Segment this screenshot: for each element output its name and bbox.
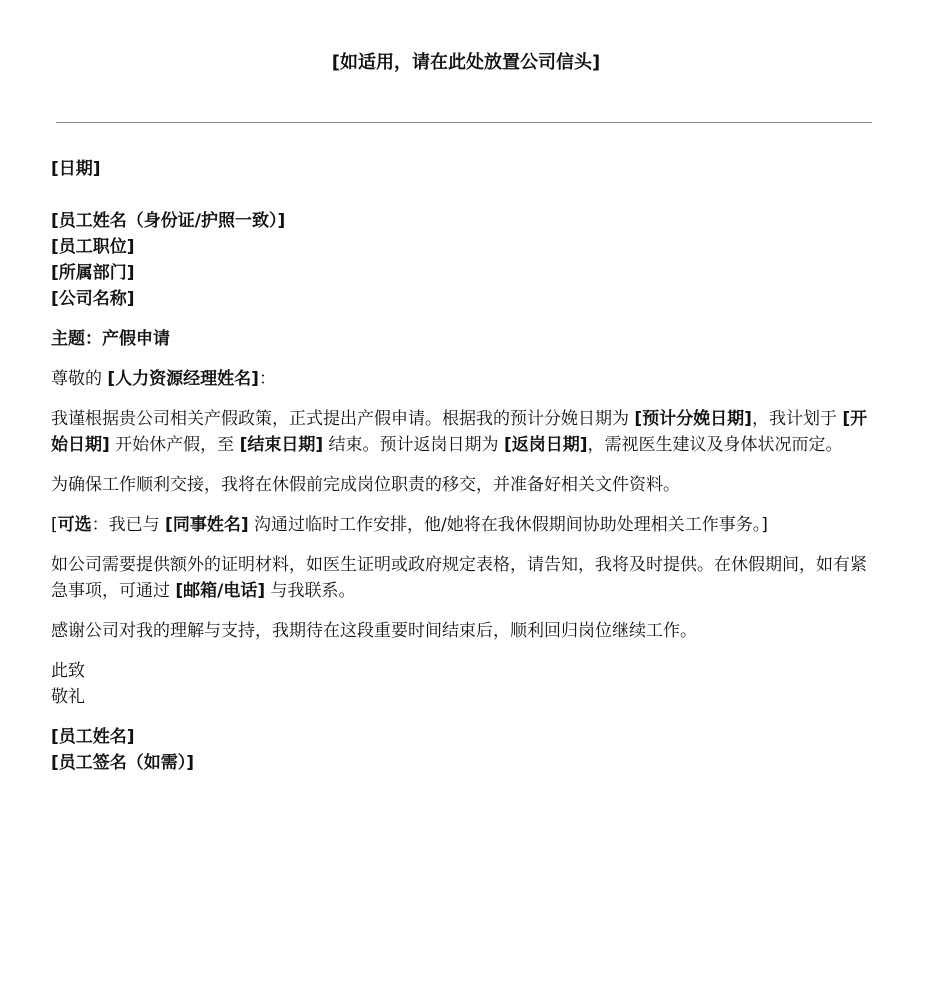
text-segment: 如公司需要提供额外的证明材料，如医生证明或政府规定表格，请告知，我将及时提供。在… xyxy=(51,555,867,601)
paragraph-documents-contact: 如公司需要提供额外的证明材料，如医生证明或政府规定表格，请告知，我将及时提供。在… xyxy=(51,552,881,604)
contact-placeholder: [邮箱/电话] xyxy=(175,581,265,601)
text-segment: 与我联系。 xyxy=(265,581,355,601)
header-divider xyxy=(56,122,872,123)
letter-body: [日期] [员工姓名（身份证/护照一致）] [员工职位] [所属部门] [公司名… xyxy=(51,156,881,790)
text-segment: 我谨根据贵公司相关产假政策，正式提出产假申请。根据我的预计分娩日期为 xyxy=(51,409,634,429)
sender-company: [公司名称] xyxy=(51,286,881,312)
signature-name: [员工姓名] xyxy=(51,724,881,750)
closing-line-1: 此致 xyxy=(51,658,881,684)
salutation: 尊敬的 [人力资源经理姓名]： xyxy=(51,366,881,392)
date-placeholder: [日期] xyxy=(51,159,101,179)
closing-block: 此致 敬礼 xyxy=(51,658,881,710)
return-date-placeholder: [返岗日期] xyxy=(504,435,588,455)
sender-department: [所属部门] xyxy=(51,260,881,286)
text-segment: 开始休产假，至 xyxy=(110,435,240,455)
text-segment: ，我计划于 xyxy=(752,409,842,429)
signature-sign: [员工签名（如需）] xyxy=(51,750,881,776)
text-segment: [ xyxy=(51,515,58,535)
subject-line: 主题：产假申请 xyxy=(51,326,881,352)
text-segment: 沟通过临时工作安排，他/她将在我休假期间协助处理相关工作事务。] xyxy=(249,515,768,535)
text-segment: 结束。预计返岗日期为 xyxy=(323,435,504,455)
optional-label: 可选 xyxy=(58,515,92,535)
letterhead-placeholder: [如适用，请在此处放置公司信头] xyxy=(0,50,932,76)
date-line: [日期] xyxy=(51,156,881,182)
sender-position: [员工职位] xyxy=(51,234,881,260)
paragraph-thanks: 感谢公司对我的理解与支持，我期待在这段重要时间结束后，顺利回归岗位继续工作。 xyxy=(51,618,881,644)
closing-line-2: 敬礼 xyxy=(51,684,881,710)
sender-block: [员工姓名（身份证/护照一致）] [员工职位] [所属部门] [公司名称] xyxy=(51,208,881,312)
recipient-placeholder: [人力资源经理姓名] xyxy=(107,369,259,389)
text-segment: ，需视医生建议及身体状况而定。 xyxy=(588,435,843,455)
paragraph-optional-colleague: [可选：我已与 [同事姓名] 沟通过临时工作安排，他/她将在我休假期间协助处理相… xyxy=(51,512,881,538)
text-segment: ：我已与 xyxy=(92,515,165,535)
end-date-placeholder: [结束日期] xyxy=(240,435,324,455)
colleague-placeholder: [同事姓名] xyxy=(165,515,249,535)
paragraph-leave-dates: 我谨根据贵公司相关产假政策，正式提出产假申请。根据我的预计分娩日期为 [预计分娩… xyxy=(51,406,881,458)
signature-block: [员工姓名] [员工签名（如需）] xyxy=(51,724,881,776)
paragraph-handover: 为确保工作顺利交接，我将在休假前完成岗位职责的移交，并准备好相关文件资料。 xyxy=(51,472,881,498)
salutation-prefix: 尊敬的 xyxy=(51,369,107,389)
sender-name: [员工姓名（身份证/护照一致）] xyxy=(51,208,881,234)
salutation-suffix: ： xyxy=(259,369,276,389)
due-date-placeholder: [预计分娩日期] xyxy=(634,409,752,429)
